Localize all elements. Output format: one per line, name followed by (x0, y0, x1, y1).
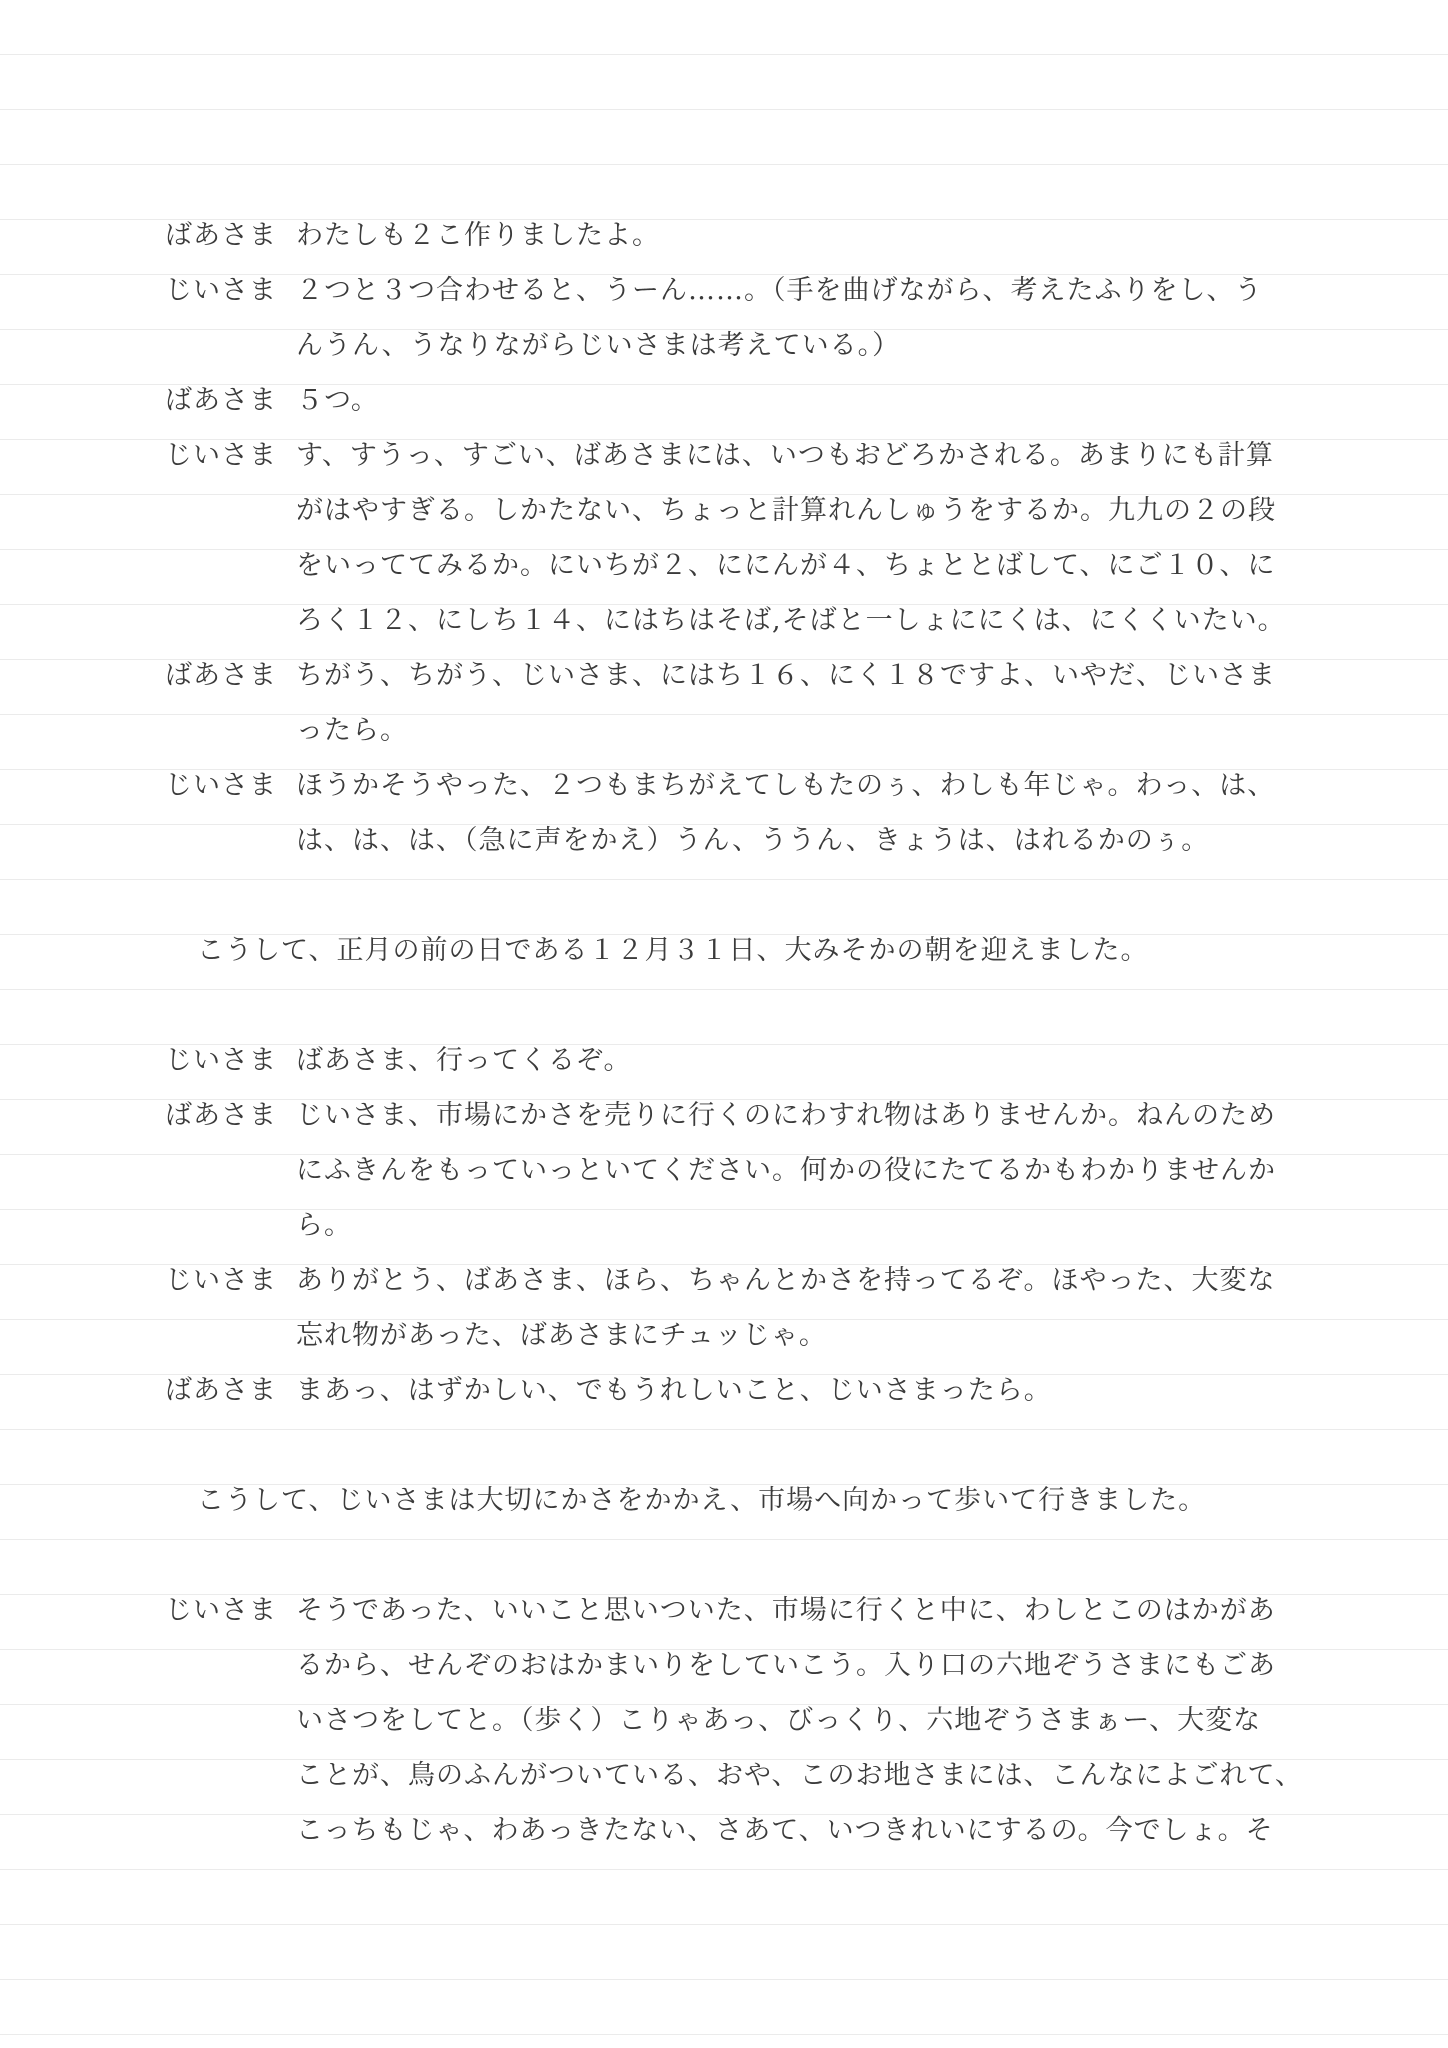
speaker-label: じいさま (165, 758, 277, 813)
dialogue-line: わたしも２こ作りましたよ。 (296, 208, 1326, 263)
dialogue-line: ちがう、ちがう、じいさま、にはち１６、にく１８ですよ、いやだ、じいさま (296, 648, 1326, 703)
speech-lines: ５つ。 (296, 373, 1326, 428)
speech-lines: まあっ、はずかしい、でもうれしいこと、じいさまったら。 (296, 1363, 1326, 1418)
dialogue-line: こっちもじゃ、わあっきたない、さあて、いつきれいにするの。今でしょ。そ (296, 1803, 1326, 1858)
speaker-label: じいさま (165, 428, 277, 483)
speech-lines: わたしも２こ作りましたよ。 (296, 208, 1326, 263)
speech-lines: ありがとう、ばあさま、ほら、ちゃんとかさを持ってるぞ。ほやった、大変な忘れ物があ… (296, 1253, 1326, 1363)
dialogue-line: にふきんをもっていっといてください。何かの役にたてるかもわかりませんか (296, 1143, 1326, 1198)
speaker-label: じいさま (165, 1583, 277, 1638)
speaker-label: じいさま (165, 1033, 277, 1088)
speech-lines: こうして、正月の前の日である１２月３１日、大みそかの朝を迎えました。 (197, 923, 1327, 978)
narration-block: こうして、正月の前の日である１２月３１日、大みそかの朝を迎えました。 (0, 923, 1448, 978)
speaker-label: ばあさま (165, 208, 277, 263)
speaker-label: ばあさま (165, 1088, 277, 1143)
speaker-label: ばあさま (165, 1363, 277, 1418)
dialogue-block: じいさまほうかそうやった、２つもまちがえてしもたのぅ、わしも年じゃ。わっ、は、は… (0, 758, 1448, 868)
dialogue-line: ５つ。 (296, 373, 1326, 428)
dialogue-line: ら。 (296, 1198, 1326, 1253)
dialogue-block: じいさまばあさま、行ってくるぞ。 (0, 1033, 1448, 1088)
speaker-label: ばあさま (165, 648, 277, 703)
dialogue-line: をいっててみるか。にいちが２、ににんが４、ちょととばして、にご１０、に (296, 538, 1326, 593)
dialogue-block: ばあさま５つ。 (0, 373, 1448, 428)
dialogue-block: じいさまありがとう、ばあさま、ほら、ちゃんとかさを持ってるぞ。ほやった、大変な忘… (0, 1253, 1448, 1363)
dialogue-line: ほうかそうやった、２つもまちがえてしもたのぅ、わしも年じゃ。わっ、は、 (296, 758, 1326, 813)
document-page: ばあさまわたしも２こ作りましたよ。じいさま２つと３つ合わせると、うーん……。（手… (0, 0, 1448, 2048)
speech-lines: じいさま、市場にかさを売りに行くのにわすれ物はありませんか。ねんのためにふきんを… (296, 1088, 1326, 1253)
dialogue-line: ありがとう、ばあさま、ほら、ちゃんとかさを持ってるぞ。ほやった、大変な (296, 1253, 1326, 1308)
dialogue-block: じいさまそうであった、いいこと思いついた、市場に行くと中に、わしとこのはかがある… (0, 1583, 1448, 1858)
dialogue-line: るから、せんぞのおはかまいりをしていこう。入り口の六地ぞうさまにもごあ (296, 1638, 1326, 1693)
speech-lines: ばあさま、行ってくるぞ。 (296, 1033, 1326, 1088)
speaker-label: じいさま (165, 1253, 277, 1308)
narration-block: こうして、じいさまは大切にかさをかかえ、市場へ向かって歩いて行きました。 (0, 1473, 1448, 1528)
dialogue-line: まあっ、はずかしい、でもうれしいこと、じいさまったら。 (296, 1363, 1326, 1418)
speech-lines: そうであった、いいこと思いついた、市場に行くと中に、わしとこのはかがあるから、せ… (296, 1583, 1326, 1858)
dialogue-line: ったら。 (296, 703, 1326, 758)
dialogue-line: ２つと３つ合わせると、うーん……。（手を曲げながら、考えたふりをし、う (296, 263, 1326, 318)
speaker-label: じいさま (165, 263, 277, 318)
dialogue-line: ばあさま、行ってくるぞ。 (296, 1033, 1326, 1088)
dialogue-line: そうであった、いいこと思いついた、市場に行くと中に、わしとこのはかがあ (296, 1583, 1326, 1638)
dialogue-block: じいさます、すうっ、すごい、ばあさまには、いつもおどろかされる。あまりにも計算が… (0, 428, 1448, 648)
dialogue-block: ばあさまちがう、ちがう、じいさま、にはち１６、にく１８ですよ、いやだ、じいさまっ… (0, 648, 1448, 758)
speech-lines: す、すうっ、すごい、ばあさまには、いつもおどろかされる。あまりにも計算がはやすぎ… (296, 428, 1326, 648)
dialogue-line: んうん、うなりながらじいさまは考えている。） (296, 318, 1326, 373)
narration-line: こうして、正月の前の日である１２月３１日、大みそかの朝を迎えました。 (197, 923, 1327, 978)
speech-lines: ほうかそうやった、２つもまちがえてしもたのぅ、わしも年じゃ。わっ、は、は、は、は… (296, 758, 1326, 868)
speech-lines: ちがう、ちがう、じいさま、にはち１６、にく１８ですよ、いやだ、じいさまったら。 (296, 648, 1326, 758)
page-content: ばあさまわたしも２こ作りましたよ。じいさま２つと３つ合わせると、うーん……。（手… (0, 208, 1448, 1858)
dialogue-line: いさつをしてと。（歩く）こりゃあっ、びっくり、六地ぞうさまぁー、大変な (296, 1693, 1326, 1748)
dialogue-block: ばあさままあっ、はずかしい、でもうれしいこと、じいさまったら。 (0, 1363, 1448, 1418)
dialogue-block: ばあさまじいさま、市場にかさを売りに行くのにわすれ物はありませんか。ねんのために… (0, 1088, 1448, 1253)
speech-lines: ２つと３つ合わせると、うーん……。（手を曲げながら、考えたふりをし、うんうん、う… (296, 263, 1326, 373)
dialogue-line: がはやすぎる。しかたない、ちょっと計算れんしゅうをするか。九九の２の段 (296, 483, 1326, 538)
dialogue-line: 忘れ物があった、ばあさまにチュッじゃ。 (296, 1308, 1326, 1363)
dialogue-block: ばあさまわたしも２こ作りましたよ。 (0, 208, 1448, 263)
dialogue-line: じいさま、市場にかさを売りに行くのにわすれ物はありませんか。ねんのため (296, 1088, 1326, 1143)
dialogue-line: は、は、は、（急に声をかえ）うん、ううん、きょうは、はれるかのぅ。 (296, 813, 1326, 868)
dialogue-block: じいさま２つと３つ合わせると、うーん……。（手を曲げながら、考えたふりをし、うん… (0, 263, 1448, 373)
dialogue-line: ことが、鳥のふんがついている、おや、このお地さまには、こんなによごれて、 (296, 1748, 1326, 1803)
speech-lines: こうして、じいさまは大切にかさをかかえ、市場へ向かって歩いて行きました。 (197, 1473, 1327, 1528)
dialogue-line: す、すうっ、すごい、ばあさまには、いつもおどろかされる。あまりにも計算 (296, 428, 1326, 483)
dialogue-line: ろく１２、にしち１４、にはちはそば,そばと一しょににくは、にくくいたい。 (296, 593, 1326, 648)
narration-line: こうして、じいさまは大切にかさをかかえ、市場へ向かって歩いて行きました。 (197, 1473, 1327, 1528)
speaker-label: ばあさま (165, 373, 277, 428)
